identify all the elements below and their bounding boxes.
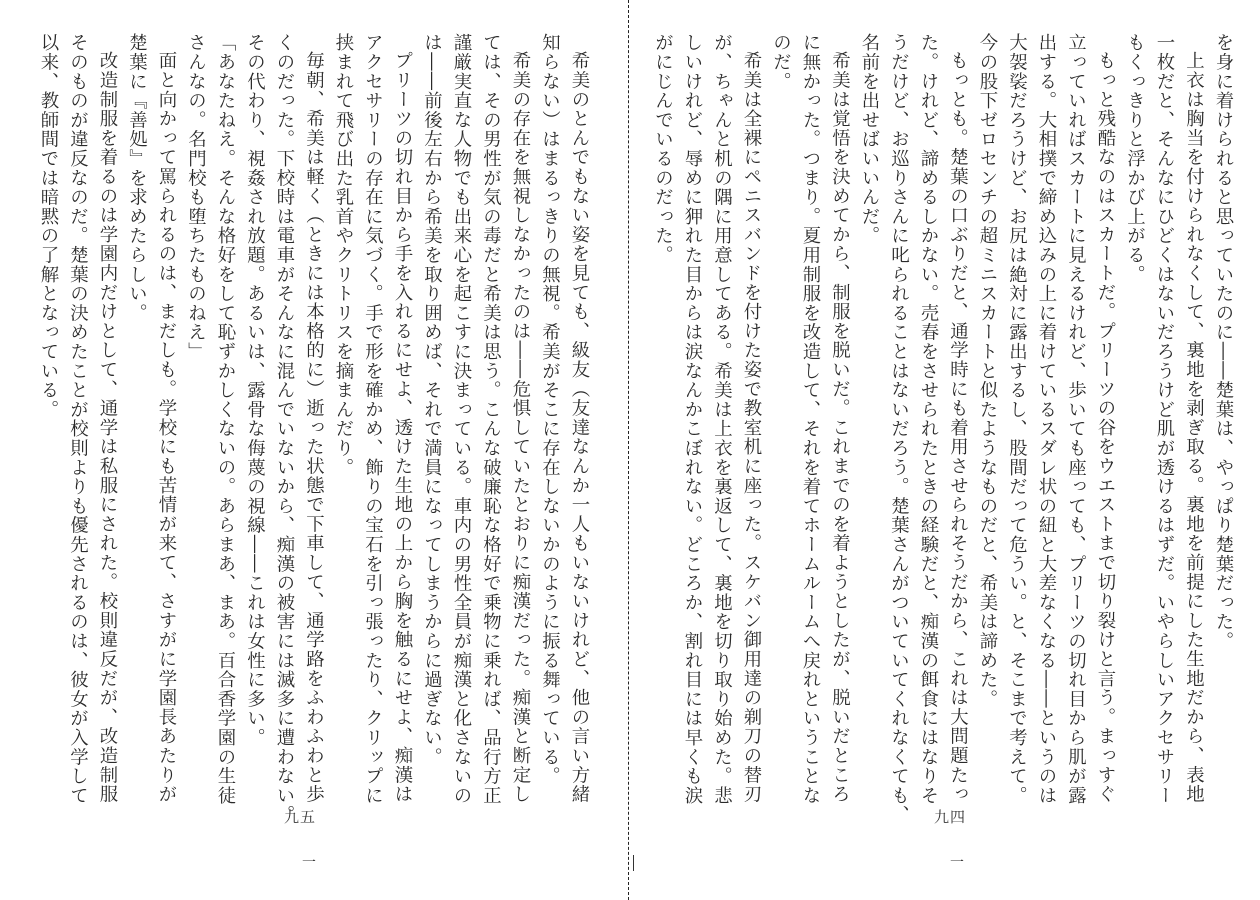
text-line: もっと残酷なのはスカートだ。プリーツの谷をウエストまで切り裂けと言う。まっすぐ xyxy=(1091,33,1121,713)
right-page-text: を身に着けられると思っていたのに――楚葉は、やっぱり楚葉だった。 上衣は胸当を付… xyxy=(648,33,1238,713)
text-line: 謹厳実直な人物でも出来心を起こすに決まっている。車内の男性全員が痴漢と化さないの xyxy=(447,33,477,713)
text-line: 以来、教師間では暗黙の了解となっている。 xyxy=(34,33,64,713)
page-mark: 一 xyxy=(950,852,965,872)
text-line: がにじんでいるのだった。 xyxy=(648,33,678,713)
page-number: 九四 xyxy=(934,806,966,827)
text-line: その代わり、視姦され放題。あるいは、露骨な侮蔑の視線――これは女性に多い。 xyxy=(240,33,270,713)
left-page-text: 希美のとんでもない姿を見ても、級友（友達なんか一人もいないけれど、他の言い方緒 … xyxy=(34,33,595,713)
text-line: もくっきりと浮かび上がる。 xyxy=(1120,33,1150,713)
text-line: に無かった。つまり。夏用制服を改造して、それを着てホームルームへ戻れということな xyxy=(796,33,826,713)
fold-tick-mark xyxy=(633,855,634,871)
text-line: 出する。大相撲で締め込みの上に着けているスダレ状の紐と大差なくなる――というのは xyxy=(1032,33,1062,713)
text-line: 挟まれて飛び出た乳首やクリトリスを摘まんだり。 xyxy=(329,33,359,713)
text-line: アクセサリーの存在に気づく。手で形を確かめ、飾りの宝石を引っ張ったり、クリップに xyxy=(358,33,388,713)
text-line: 一枚だと、そんなにひどくはないだろうけど肌が透けるはずだ。いやらしいアクセサリー xyxy=(1150,33,1180,713)
page-number: 九五 xyxy=(284,806,316,827)
text-line: うだけど、お巡りさんに叱られることはないだろう。楚葉さんがついていてくれなくても… xyxy=(884,33,914,713)
text-line: のだ。 xyxy=(766,33,796,713)
left-page: 希美のとんでもない姿を見ても、級友（友達なんか一人もいないけれど、他の言い方緒 … xyxy=(0,0,628,900)
text-line: 希美は覚悟を決めてから、制服を脱いだ。これまでのを着ようとしたが、脱いだところ xyxy=(825,33,855,713)
text-line: 名前を出せばいいんだ。 xyxy=(855,33,885,713)
text-line: 「あなたねえ。そんな格好をして恥ずかしくないの。あらまあ、まあ。百合香学園の生徒 xyxy=(211,33,241,713)
text-line: もっとも。楚葉の口ぶりだと、通学時にも着用させられそうだから、これは大問題たっ xyxy=(943,33,973,713)
text-line: は――前後左右から希美を取り囲めば、それで満員になってしまうからに過ぎない。 xyxy=(417,33,447,713)
text-line: 希美のとんでもない姿を見ても、級友（友達なんか一人もいないけれど、他の言い方緒 xyxy=(565,33,595,713)
text-line: が、ちゃんと机の隅に用意してある。希美は上衣を裏返して、裏地を切り取り始めた。悲 xyxy=(707,33,737,713)
text-line: くのだった。下校時は電車がそんなに混んでいないから、痴漢の被害には滅多に遭わない… xyxy=(270,33,300,713)
text-line: さんなの。名門校も堕ちたものねえ」 xyxy=(181,33,211,713)
text-line: 今の股下ゼロセンチの超ミニスカートと似たようなものだと、希美は諦めた。 xyxy=(973,33,1003,713)
text-line: を身に着けられると思っていたのに――楚葉は、やっぱり楚葉だった。 xyxy=(1209,33,1239,713)
text-line: プリーツの切れ目から手を入れるにせよ、透けた生地の上から胸を触るにせよ、痴漢は xyxy=(388,33,418,713)
page-mark: 一 xyxy=(302,852,317,872)
book-spread: を身に着けられると思っていたのに――楚葉は、やっぱり楚葉だった。 上衣は胸当を付… xyxy=(0,0,1260,900)
text-line: た。けれど、諦めるしかない。売春をさせられたときの経験だと、痴漢の餌食にはなりそ xyxy=(914,33,944,713)
text-line: しいけれど、辱めに狎れた目からは涙なんかこぼれない。どころか、割れ目には早くも涙 xyxy=(678,33,708,713)
text-line: 毎朝、希美は軽く（ときには本格的に）逝った状態で下車して、通学路をふわふわと歩 xyxy=(299,33,329,713)
text-line: 大袈裟だろうけど、お尻は絶対に露出するし、股間だって危うい。と、そこまで考えて。 xyxy=(1002,33,1032,713)
text-line: 上衣は胸当を付けられなくして、裏地を剥ぎ取る。裏地を前提にした生地だから、表地 xyxy=(1179,33,1209,713)
text-line: そのものが違反なのだ。楚葉の決めたことが校則よりも優先されるのは、彼女が入学して xyxy=(63,33,93,713)
page-fold-divider xyxy=(628,0,629,900)
text-line: 知らない）はまるっきりの無視。希美がそこに存在しないかのように振る舞っている。 xyxy=(535,33,565,713)
text-line: 希美は全裸にペニスバンドを付けた姿で教室机に座った。スケバン御用達の剃刀の替刃 xyxy=(737,33,767,713)
text-line: ては、その男性が気の毒だと希美は思う。こんな破廉恥な格好で乗物に乗れば、品行方正 xyxy=(476,33,506,713)
right-page: を身に着けられると思っていたのに――楚葉は、やっぱり楚葉だった。 上衣は胸当を付… xyxy=(632,0,1260,900)
text-line: 改造制服を着るのは学園内だけとして、通学は私服にされた。校則違反だが、改造制服 xyxy=(93,33,123,713)
text-line: 立っていればスカートに見えるけれど、歩いても座っても、プリーツの切れ目から肌が露 xyxy=(1061,33,1091,713)
text-line: 面と向かって罵られるのは、まだしも。学校にも苦情が来て、さすがに学園長あたりが xyxy=(152,33,182,713)
text-line: 楚葉に『善処』を求めたらしい。 xyxy=(122,33,152,713)
text-line: 希美の存在を無視しなかったのは――危惧していたとおりに痴漢だった。痴漢と断定し xyxy=(506,33,536,713)
